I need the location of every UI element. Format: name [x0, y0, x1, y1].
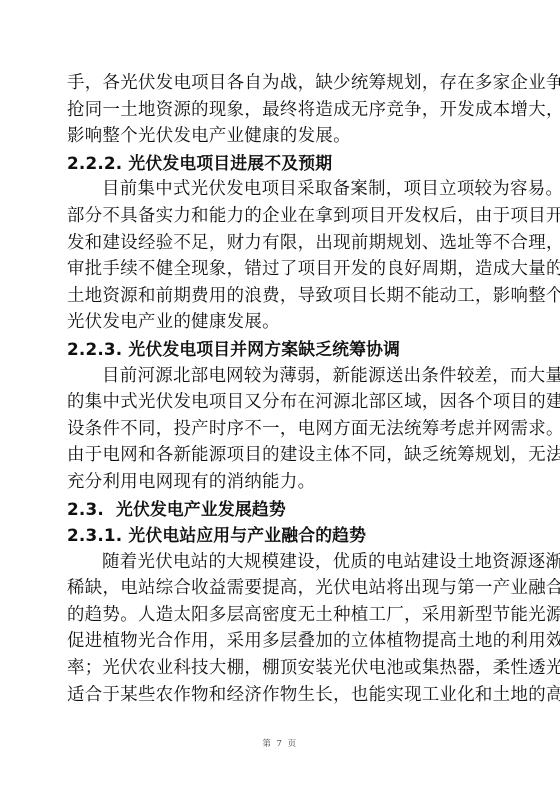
page-number: 第 7 页: [0, 737, 560, 749]
text-line: 设条件不同，投产时序不一，电网方面无法统筹考虑并网需求。: [67, 416, 495, 443]
text-line: 抢同一土地资源的现象，最终将造成无序竞争，开发成本增大，: [67, 97, 495, 124]
section-heading-2-3-1: 2.3.1. 光伏电站应用与产业融合的趋势: [67, 522, 495, 549]
text-line: 促进植物光合作用，采用多层叠加的立体植物提高土地的利用效: [67, 628, 495, 655]
text-line: 光伏发电产业的健康发展。: [67, 309, 495, 336]
text-line: 的集中式光伏发电项目又分布在河源北部区域，因各个项目的建: [67, 389, 495, 416]
document-body: 手，各光伏发电项目各自为战，缺少统筹规划，存在多家企业争 抢同一土地资源的现象，…: [67, 70, 495, 708]
text-line: 影响整个光伏发电产业健康的发展。: [67, 123, 495, 150]
text-line: 由于电网和各新能源项目的建设主体不同，缺乏统筹规划，无法: [67, 442, 495, 469]
text-line: 适合于某些农作物和经济作物生长，也能实现工业化和土地的高: [67, 682, 495, 709]
text-line: 稀缺，电站综合收益需要提高，光伏电站将出现与第一产业融合: [67, 575, 495, 602]
text-line: 部分不具备实力和能力的企业在拿到项目开发权后，由于项目开: [67, 203, 495, 230]
text-line: 审批手续不健全现象，错过了项目开发的良好周期，造成大量的: [67, 256, 495, 283]
text-line: 的趋势。人造太阳多层高密度无土种植工厂，采用新型节能光源: [67, 602, 495, 629]
text-line: 手，各光伏发电项目各自为战，缺少统筹规划，存在多家企业争: [67, 70, 495, 97]
text-line: 随着光伏电站的大规模建设，优质的电站建设土地资源逐渐: [67, 549, 495, 576]
text-line: 充分利用电网现有的消纳能力。: [67, 469, 495, 496]
section-heading-2-2-2: 2.2.2. 光伏发电项目进展不及预期: [67, 150, 495, 177]
text-line: 发和建设经验不足，财力有限，出现前期规划、选址等不合理，: [67, 230, 495, 257]
text-line: 率；光伏农业科技大棚，棚顶安装光伏电池或集热器，柔性透光，: [67, 655, 495, 682]
text-line: 目前河源北部电网较为薄弱，新能源送出条件较差，而大量: [67, 363, 495, 390]
text-line: 土地资源和前期费用的浪费，导致项目长期不能动工，影响整个: [67, 283, 495, 310]
text-line: 目前集中式光伏发电项目采取备案制，项目立项较为容易。: [67, 176, 495, 203]
section-heading-2-2-3: 2.2.3. 光伏发电项目并网方案缺乏统筹协调: [67, 336, 495, 363]
section-heading-2-3: 2.3. 光伏发电产业发展趋势: [67, 496, 495, 523]
